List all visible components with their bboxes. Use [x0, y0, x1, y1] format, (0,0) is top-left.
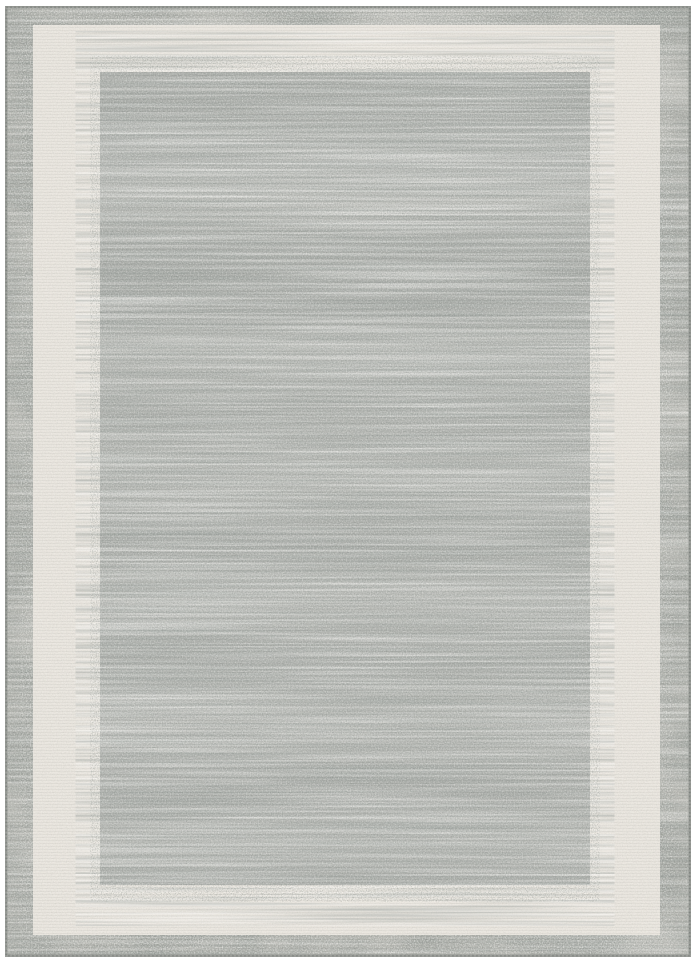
rug-photo — [5, 6, 691, 957]
field-light-grain — [100, 72, 590, 885]
rug-texture — [5, 6, 691, 957]
photo-canvas — [0, 0, 693, 960]
